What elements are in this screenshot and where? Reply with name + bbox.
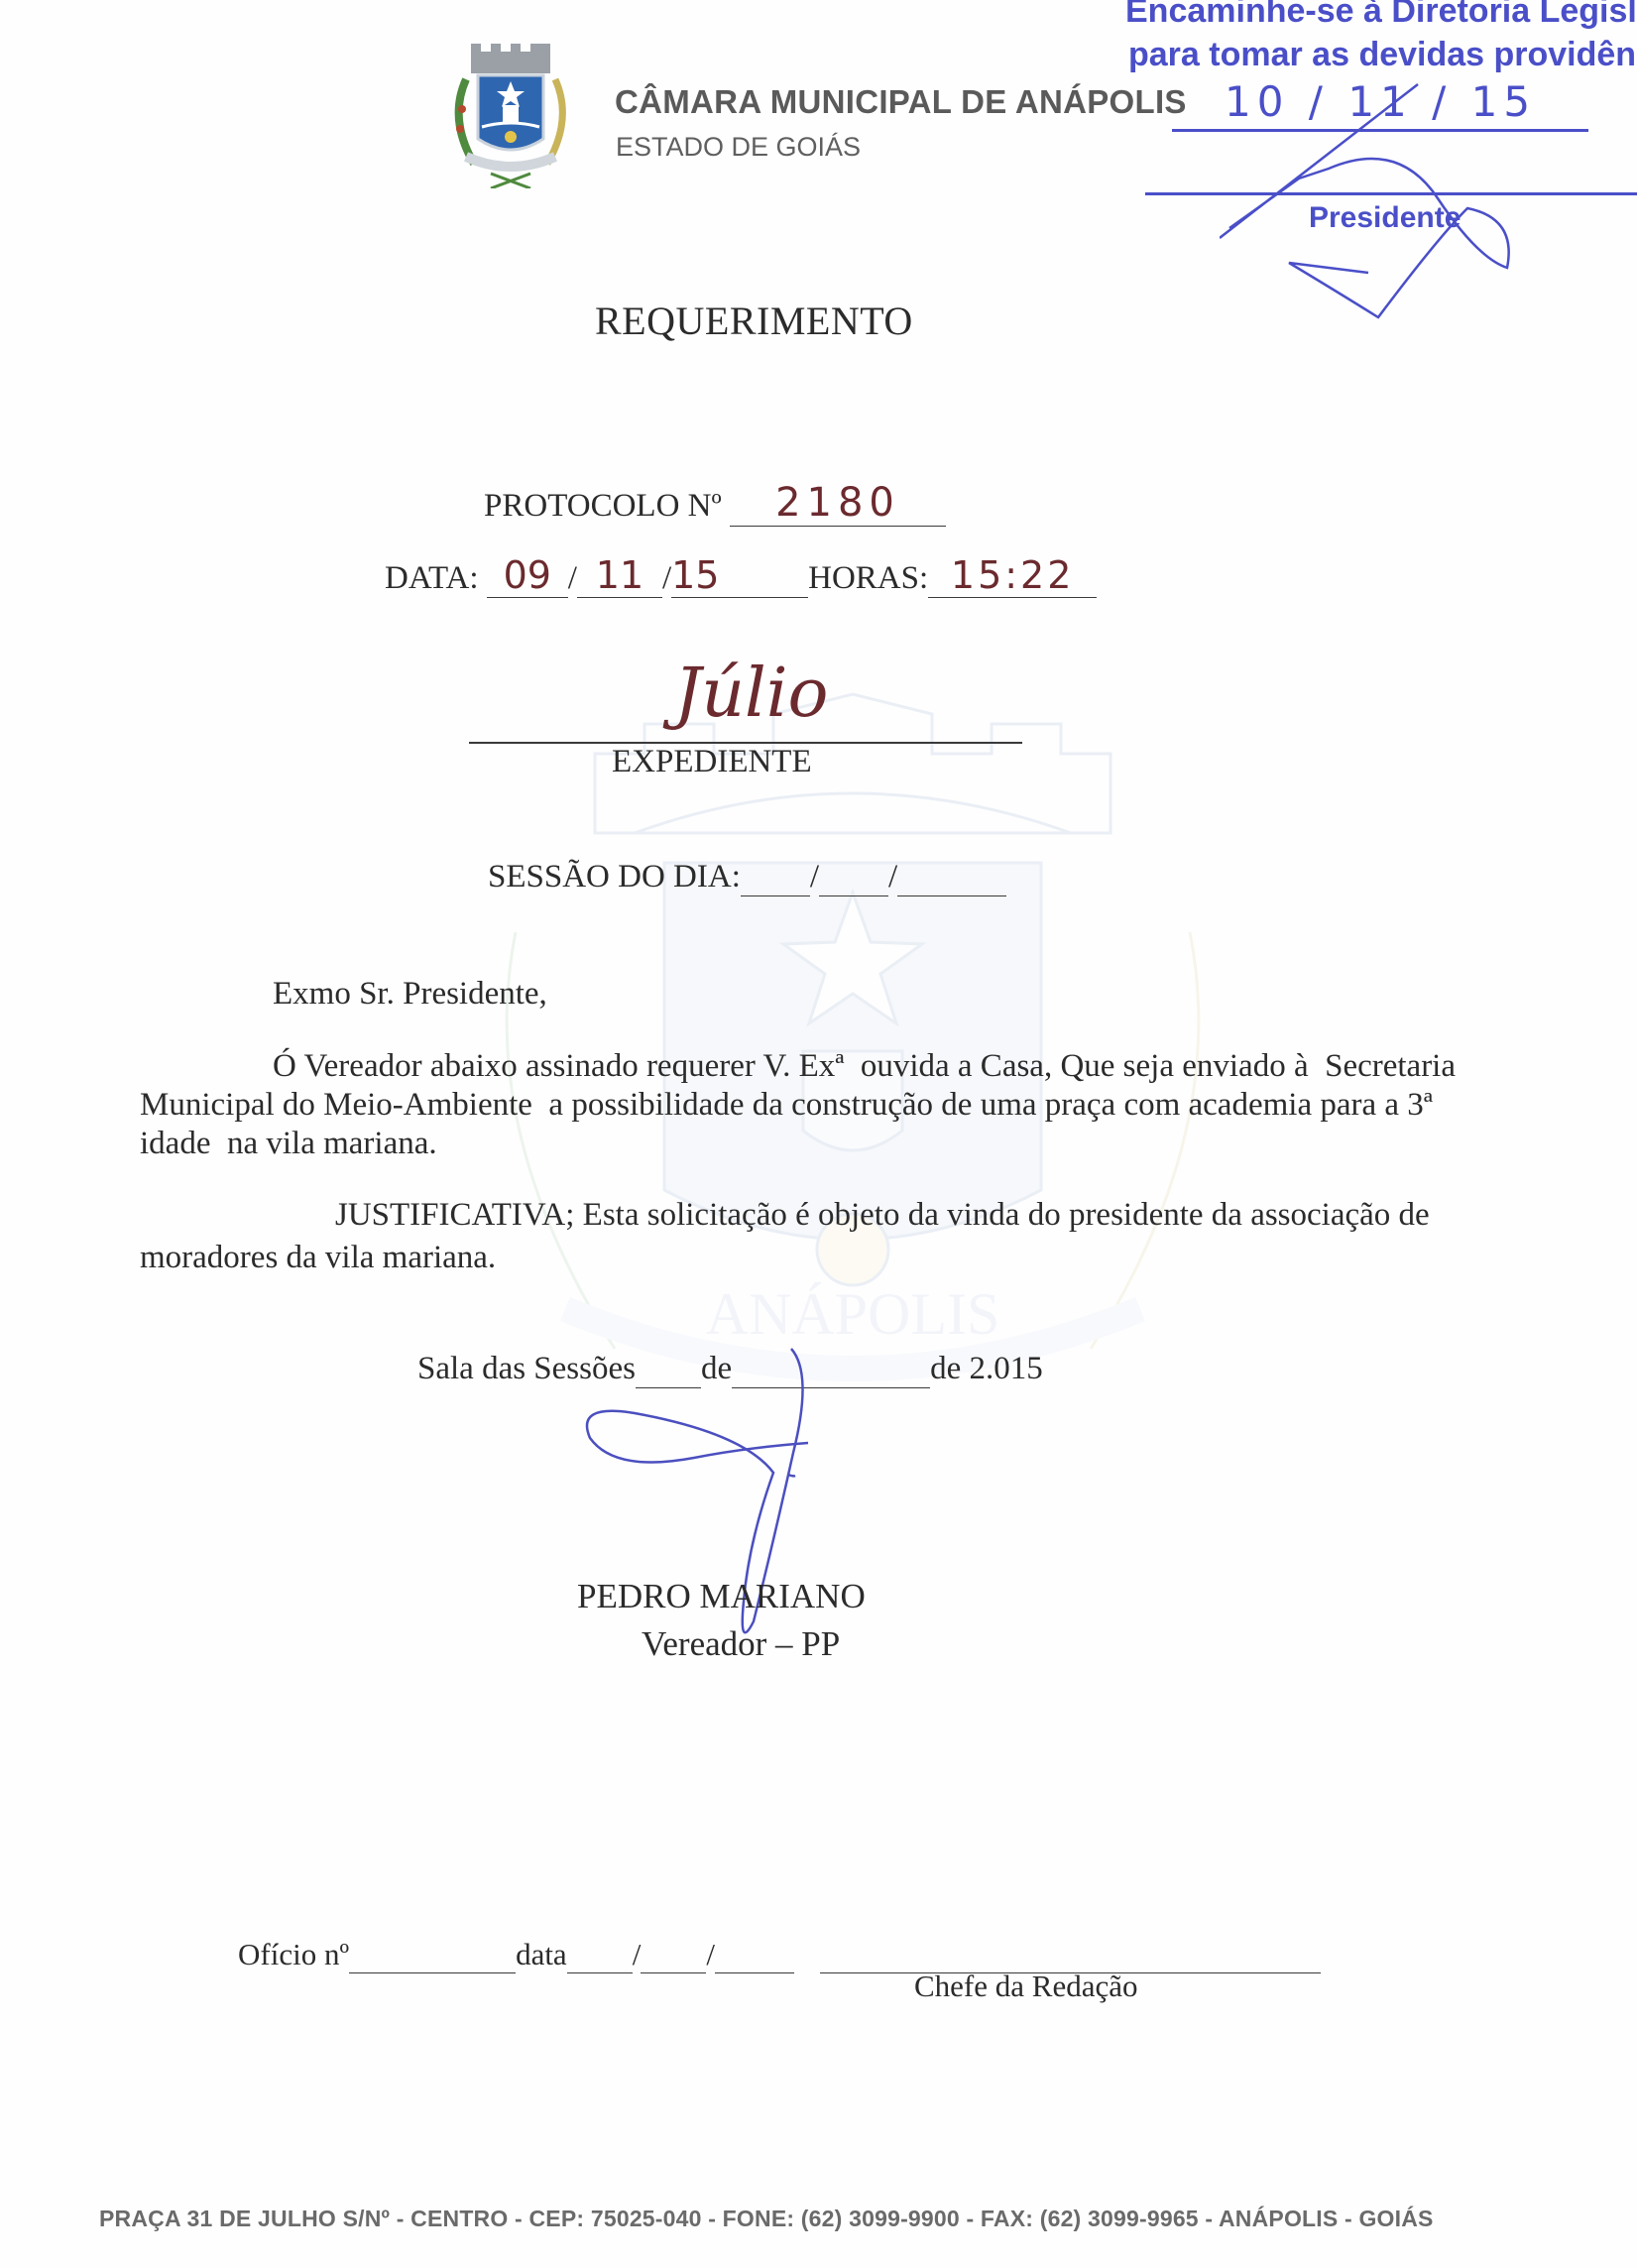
date-year-value: 15 xyxy=(671,553,719,597)
president-signature-icon xyxy=(1220,79,1577,327)
paragraph-1-line-2: Municipal do Meio-Ambiente a possibilida… xyxy=(140,1087,1433,1124)
protocol-field[interactable]: 2180 xyxy=(730,480,946,527)
paragraph-2-line-1: JUSTIFICATIVA; Esta solicitação é objeto… xyxy=(335,1197,1430,1234)
hours-value: 15:22 xyxy=(951,553,1075,597)
svg-text:ANÁPOLIS: ANÁPOLIS xyxy=(706,1281,1000,1347)
session-month-field[interactable] xyxy=(819,859,888,896)
salutation: Exmo Sr. Presidente, xyxy=(273,976,547,1013)
hours-field[interactable]: 15:22 xyxy=(928,553,1097,598)
office-day-field[interactable] xyxy=(567,1937,633,1973)
chefe-label: Chefe da Redação xyxy=(914,1969,1138,2004)
signer-role: Vereador – PP xyxy=(642,1624,840,1664)
session-day-field[interactable] xyxy=(741,859,810,896)
oficio-label: Ofício nº xyxy=(238,1937,349,1971)
date-month-field[interactable]: 11 xyxy=(577,553,662,598)
date-row: DATA: 09/11/15HORAS:15:22 xyxy=(385,553,1097,598)
footer-address: PRAÇA 31 DE JULHO S/Nº - CENTRO - CEP: 7… xyxy=(99,2206,1434,2232)
date-day-field[interactable]: 09 xyxy=(487,553,568,598)
office-row: Ofício nº data / / xyxy=(238,1937,1321,1973)
expediente-signature: Júlio xyxy=(674,655,829,733)
closing-de-2: de 2.015 xyxy=(930,1351,1043,1386)
paragraph-1-line-3: idade na vila mariana. xyxy=(140,1126,437,1162)
protocol-value: 2180 xyxy=(775,480,900,526)
hours-label: HORAS: xyxy=(808,560,928,596)
expediente-label: EXPEDIENTE xyxy=(612,744,812,780)
date-year-field[interactable]: 15 xyxy=(671,553,808,598)
date-label: DATA: xyxy=(385,560,479,596)
date-day-value: 09 xyxy=(504,553,551,597)
paragraph-2-line-2: moradores da vila mariana. xyxy=(140,1240,496,1276)
stamp-line-2: para tomar as devidas providências xyxy=(1128,36,1637,74)
document-title: REQUERIMENTO xyxy=(595,298,913,344)
coat-of-arms-watermark-icon: ANÁPOLIS xyxy=(416,635,1289,1448)
session-label: SESSÃO DO DIA: xyxy=(488,859,741,895)
oficio-number-field[interactable] xyxy=(349,1937,516,1973)
institution-name: CÂMARA MUNICIPAL DE ANÁPOLIS xyxy=(615,83,1187,121)
protocol-row: PROTOCOLO Nº 2180 xyxy=(484,480,946,527)
office-data-label: data xyxy=(516,1937,567,1971)
stamp-line-1: Encaminhe-se à Diretoria Legislativ xyxy=(1125,0,1637,31)
city-coat-of-arms-icon xyxy=(436,40,585,188)
session-row: SESSÃO DO DIA: / / xyxy=(488,859,1006,896)
state-name: ESTADO DE GOIÁS xyxy=(616,132,861,163)
session-year-field[interactable] xyxy=(897,859,1006,896)
protocol-label: PROTOCOLO Nº xyxy=(484,488,722,524)
office-year-field[interactable] xyxy=(715,1937,794,1973)
paragraph-1-line-1: Ó Vereador abaixo assinado requerer V. E… xyxy=(273,1048,1456,1085)
signer-name: PEDRO MARIANO xyxy=(577,1577,866,1616)
date-month-value: 11 xyxy=(596,553,643,597)
office-month-field[interactable] xyxy=(641,1937,706,1973)
